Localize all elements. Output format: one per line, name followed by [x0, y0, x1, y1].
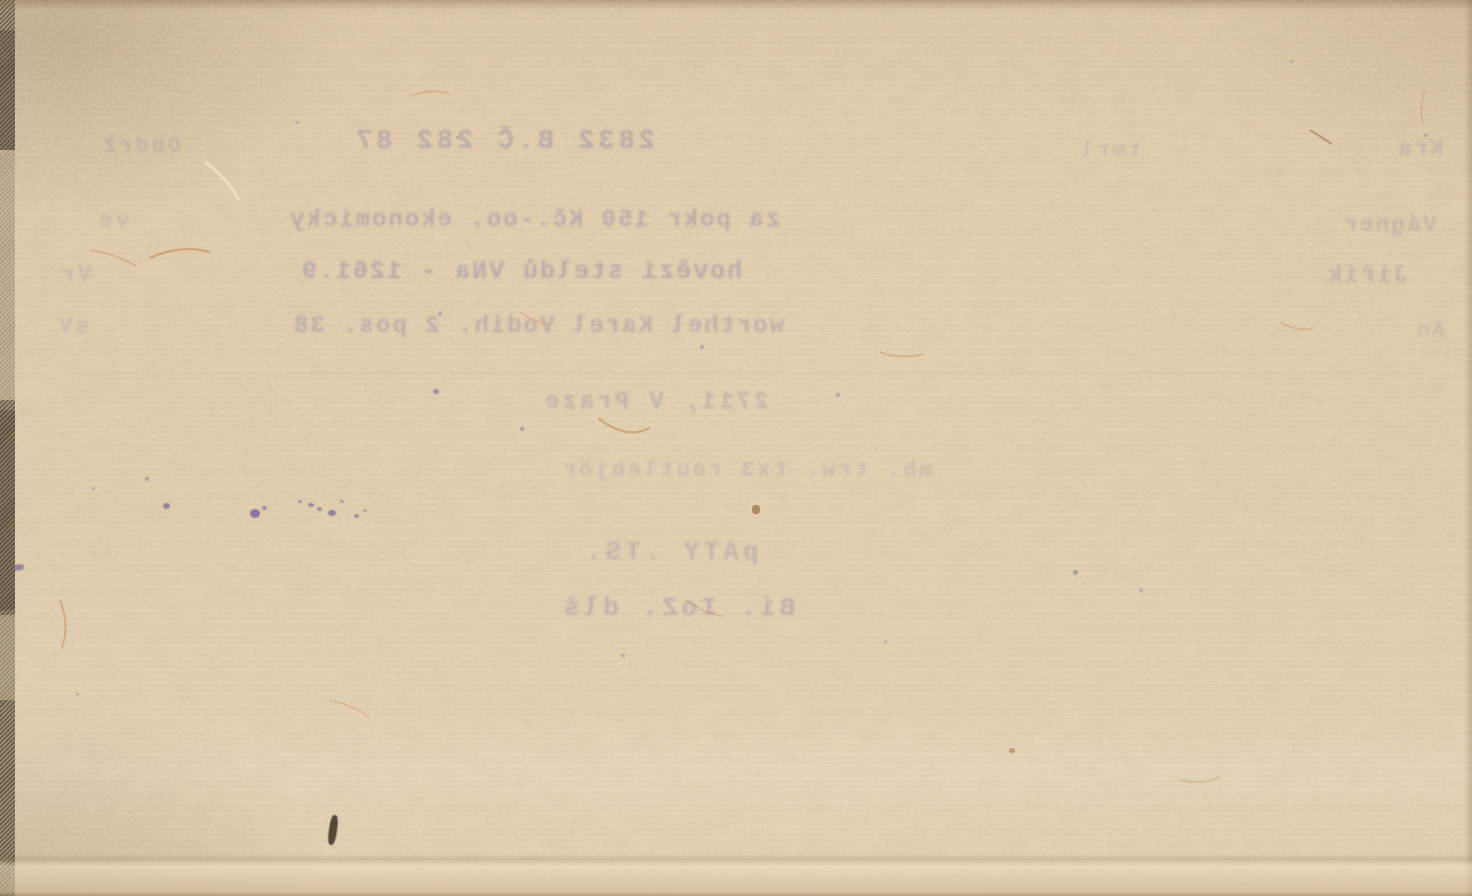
ink-smudge	[363, 509, 367, 512]
ink-smudge	[340, 500, 344, 503]
ink-speck	[836, 393, 840, 397]
ink-speck	[520, 427, 524, 431]
ink-speck	[1073, 570, 1078, 575]
bleedthrough-line: mb. trw. tx3 routlebjör	[560, 458, 933, 483]
ink-smudge	[328, 510, 336, 516]
ink-speck	[433, 389, 439, 394]
ink-speck	[1139, 589, 1143, 592]
bleedthrough-line: za pokr 150 Kč.-oo. ekonomicky	[288, 207, 780, 234]
paper-banding	[0, 0, 1472, 896]
ink-speck	[456, 136, 460, 139]
paper-fibers	[0, 0, 1472, 896]
binding-edge-dark-segment	[0, 410, 15, 610]
bottom-edge-strip	[0, 858, 1472, 896]
bleedthrough-line: ve	[96, 208, 130, 234]
bleedthrough-line: Vágner	[1342, 212, 1437, 238]
binding-edge-light-segment	[0, 615, 15, 700]
ink-speck	[438, 312, 442, 316]
brown-fleck	[1009, 748, 1015, 753]
ink-speck	[76, 693, 79, 696]
binding-edge-light-segment	[0, 150, 15, 400]
paper-scan: Obdrž 2832 B.Č 282 87 tmrl Kra ve za pok…	[0, 0, 1472, 896]
ink-speck	[1424, 134, 1428, 137]
dark-fiber-speck	[327, 815, 339, 846]
horizontal-crease	[60, 372, 1400, 373]
right-edge-shadow	[1464, 0, 1472, 896]
ink-speck	[1290, 60, 1293, 63]
ink-smudge	[308, 503, 314, 507]
bleedthrough-line: hovězí steldů VNa - 1261.9	[300, 257, 742, 286]
ink-speck	[145, 477, 149, 481]
bleedthrough-line: pATY .TS.	[582, 537, 758, 567]
ink-speck	[884, 640, 887, 643]
ink-smudge	[262, 506, 267, 510]
ink-smudge	[354, 514, 359, 518]
paper-grain-texture	[0, 0, 1472, 896]
binding-edge-dark-segment	[0, 30, 15, 150]
ink-speck	[296, 121, 299, 124]
ink-smudge	[317, 507, 322, 511]
bleedthrough-line: tmrl	[1078, 140, 1140, 163]
ink-speck	[92, 487, 95, 490]
bleedthrough-line: An	[1415, 318, 1445, 343]
ink-speck	[163, 503, 170, 509]
bleedthrough-line: Obdrž	[100, 134, 181, 159]
scanned-document-page: { "document": { "description": "Verso (b…	[0, 0, 1472, 896]
top-edge-shadow	[0, 0, 1472, 10]
ink-smudge	[298, 500, 302, 503]
bleedthrough-line: Jiřík	[1326, 263, 1408, 290]
ink-smudge	[250, 509, 260, 518]
bleedthrough-line: sV	[56, 314, 90, 340]
bleedthrough-line: worthel Karel Vodih. 2 pos. 38	[292, 313, 784, 340]
bleedthrough-line: 2711, V Praze	[542, 389, 768, 416]
brown-fleck	[752, 505, 760, 514]
bleedthrough-line: Kra	[1396, 136, 1443, 162]
ink-speck	[621, 654, 625, 657]
bleedthrough-line: 2832 B.Č 282 87	[352, 127, 655, 157]
bleedthrough-line: Vr	[58, 262, 92, 288]
ink-speck	[700, 345, 704, 349]
bleedthrough-line: Bi. IoZ. dlš	[560, 593, 795, 623]
